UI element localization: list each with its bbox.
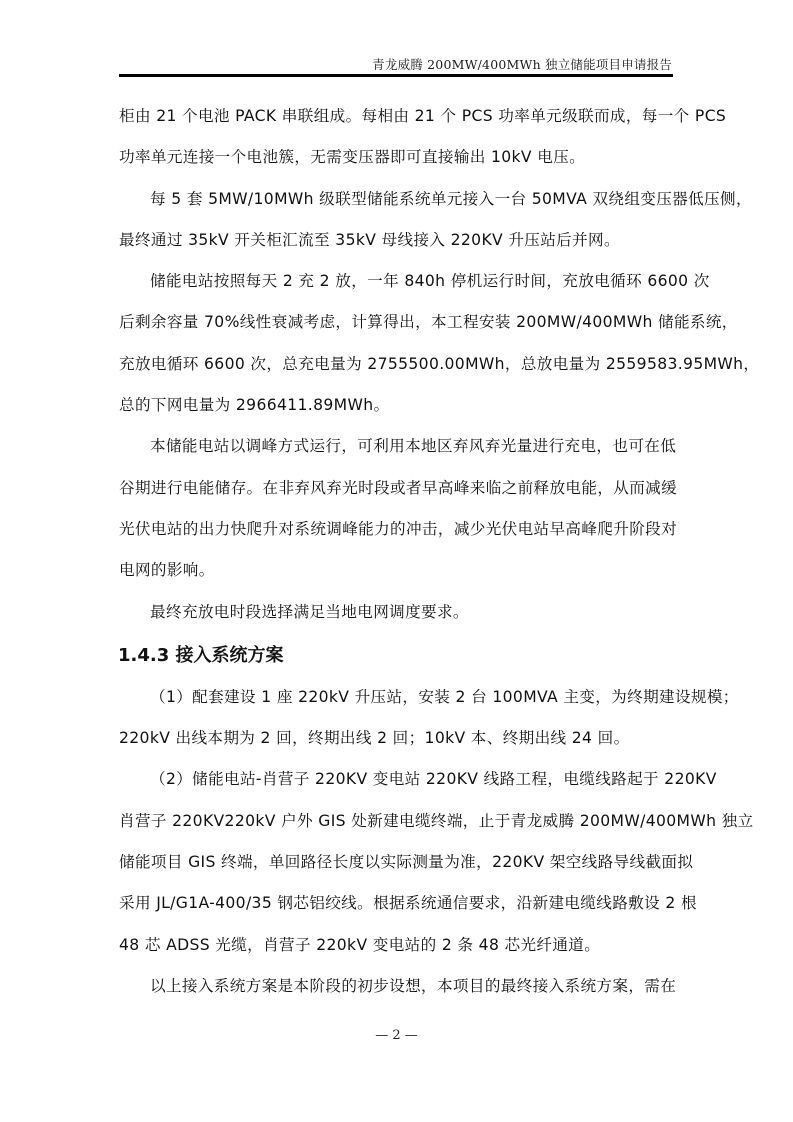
text-line: 储能项目 GIS 终端，单回路径长度以实际测量为准，220KV 架空线路导线截面… [119, 846, 675, 887]
text-line: 柜由 21 个电池 PACK 串联组成。每相由 21 个 PCS 功率单元级联而… [119, 100, 675, 141]
text-line: 每 5 套 5MW/10MWh 级联型储能系统单元接入一台 50MVA 双绕组变… [119, 183, 675, 224]
document-title: 青龙威腾 200MW/400MWh 独立储能项目申请报告 [372, 55, 672, 73]
text-line: 采用 JL/G1A-400/35 钢芯铝绞线。根据系统通信要求，沿新建电缆线路敷… [119, 887, 675, 928]
text-line: 储能电站按照每天 2 充 2 放，一年 840h 停机运行时间，充放电循环 66… [119, 265, 675, 306]
text-line: 本储能电站以调峰方式运行，可利用本地区弃风弃光量进行充电，也可在低 [119, 430, 675, 471]
header-divider [119, 74, 673, 77]
paragraph-pcs-structure: 柜由 21 个电池 PACK 串联组成。每相由 21 个 PCS 功率单元级联而… [119, 100, 675, 183]
paragraph-line-engineering: （2）储能电站-肖营子 220KV 变电站 220KV 线路工程，电缆线路起于 … [119, 763, 675, 969]
text-line: 光伏电站的出力快爬升对系统调峰能力的冲击，减少光伏电站早高峰爬升阶段对 [119, 513, 675, 554]
text-line: 最终充放电时段选择满足当地电网调度要求。 [119, 596, 675, 637]
paragraph-transformer-connection: 每 5 套 5MW/10MWh 级联型储能系统单元接入一台 50MVA 双绕组变… [119, 183, 675, 266]
paragraph-charge-cycles: 储能电站按照每天 2 充 2 放，一年 840h 停机运行时间，充放电循环 66… [119, 265, 675, 430]
paragraph-dispatch: 最终充放电时段选择满足当地电网调度要求。 [119, 596, 675, 637]
text-line: 最终通过 35kV 开关柜汇流至 35kV 母线接入 220KV 升压站后并网。 [119, 224, 675, 265]
text-line: 总的下网电量为 2966411.89MWh。 [119, 389, 675, 430]
text-line: 以上接入系统方案是本阶段的初步设想，本项目的最终接入系统方案，需在 [119, 970, 675, 1011]
section-heading: 1.4.3 接入系统方案 [118, 637, 675, 681]
text-line: （1）配套建设 1 座 220kV 升压站，安装 2 台 100MVA 主变，为… [119, 681, 675, 722]
paragraph-peak-shaving: 本储能电站以调峰方式运行，可利用本地区弃风弃光量进行充电，也可在低 谷期进行电能… [119, 430, 675, 595]
text-line: 48 芯 ADSS 光缆，肖营子 220kV 变电站的 2 条 48 芯光纤通道… [119, 929, 675, 970]
paragraph-substation-build: （1）配套建设 1 座 220kV 升压站，安装 2 台 100MVA 主变，为… [119, 681, 675, 764]
page-number: — 2 — [0, 1028, 793, 1043]
text-line: 谷期进行电能储存。在非弃风弃光时段或者早高峰来临之前释放电能，从而减缓 [119, 472, 675, 513]
text-line: 充放电循环 6600 次，总充电量为 2755500.00MWh，总放电量为 2… [119, 348, 675, 389]
text-line: 肖营子 220KV220kV 户外 GIS 处新建电缆终端，止于青龙威腾 200… [119, 805, 675, 846]
text-line: 电网的影响。 [119, 554, 675, 595]
text-line: （2）储能电站-肖营子 220KV 变电站 220KV 线路工程，电缆线路起于 … [119, 763, 675, 804]
text-line: 220kV 出线本期为 2 回，终期出线 2 回；10kV 本、终期出线 24 … [119, 722, 675, 763]
text-line: 后剩余容量 70%线性衰减考虑，计算得出，本工程安装 200MW/400MWh … [119, 306, 675, 347]
paragraph-preliminary-plan: 以上接入系统方案是本阶段的初步设想，本项目的最终接入系统方案，需在 [119, 970, 675, 1011]
text-line: 功率单元连接一个电池簇，无需变压器即可直接输出 10kV 电压。 [119, 141, 675, 182]
page-body: 柜由 21 个电池 PACK 串联组成。每相由 21 个 PCS 功率单元级联而… [119, 100, 675, 1011]
